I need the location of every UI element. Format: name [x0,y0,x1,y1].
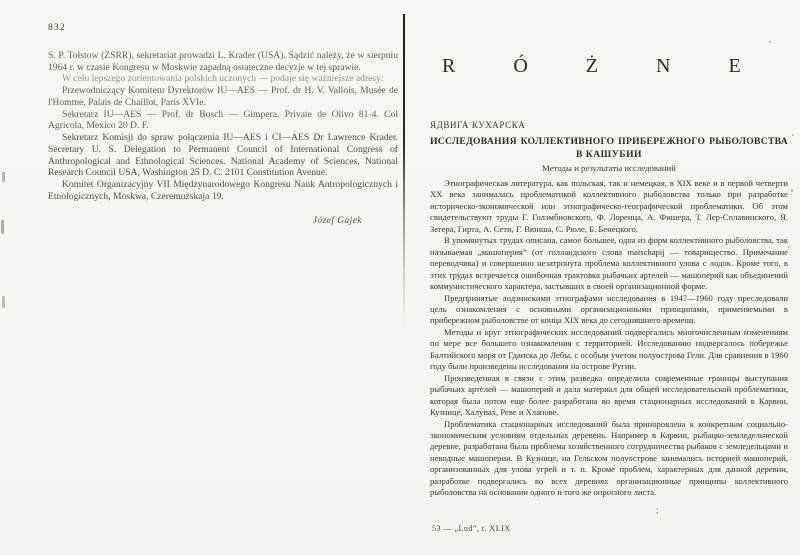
paragraph: Предпринятые лодзинскими этнографами исс… [430,293,788,327]
book-scan: 832 S. P. Tołstow (ZSRR), sekretariat pr… [0,0,800,555]
scan-speck [791,189,793,192]
article-body: Этнографическая литература, как польская… [430,178,788,534]
page-number: 832 [48,22,398,34]
paragraph: Произведенная в связи с этим разведка оп… [430,373,788,419]
paragraph: В упомянутых трудах описана, самое больш… [430,235,788,292]
paragraph: Этнографическая литература, как польская… [430,178,788,235]
paragraph: Проблематика стационарных исследований б… [430,419,788,499]
scan-speck [792,134,794,136]
paragraph: Sekretarz IU—AES — Prof. dr Bosch — Gimp… [48,109,398,133]
page-gutter-line [403,14,405,334]
section-header: RÓŻNE [442,54,788,78]
article-subtitle: Методы и результаты исследований [430,163,788,173]
scan-edge-artifact [1,220,4,234]
article-author: ЯДВИГА КУХАРСКА [430,120,788,130]
scan-artifact: ; [656,505,659,515]
paragraph: S. P. Tołstow (ZSRR), sekretariat prowad… [48,50,398,74]
scan-edge-artifact [2,296,5,308]
paragraph: Komitet Organizacyjny VII Międzynarodowe… [48,179,398,203]
scan-speck [769,41,771,43]
author-signature: Józef Gajek [48,216,398,228]
left-page: 832 S. P. Tołstow (ZSRR), sekretariat pr… [48,22,398,227]
paragraph: Sekretarz Komisji do spraw połączenia IU… [48,132,398,179]
right-page: RÓŻNE ЯДВИГА КУХАРСКА ИССЛЕДОВАНИЯ КОЛЛЕ… [430,54,788,534]
article-title-line1: ИССЛЕДОВАНИЯ КОЛЛЕКТИВНОГО ПРИБЕРЕЖНОГО … [430,135,788,148]
article-title-line2: В КАШУБИИ [430,148,788,161]
scan-speck [788,246,790,248]
footer-signature-mark: 53 — „Lud”, t. XLIX [432,524,511,533]
scan-edge-artifact [2,172,5,182]
paragraph: Методы и круг этнографических исследован… [430,327,788,373]
paragraph: Przewodniczący Komitetu Dyrektorów IU—AE… [48,85,398,109]
paragraph: W celu lepszego zorientowania polskich u… [48,73,398,85]
